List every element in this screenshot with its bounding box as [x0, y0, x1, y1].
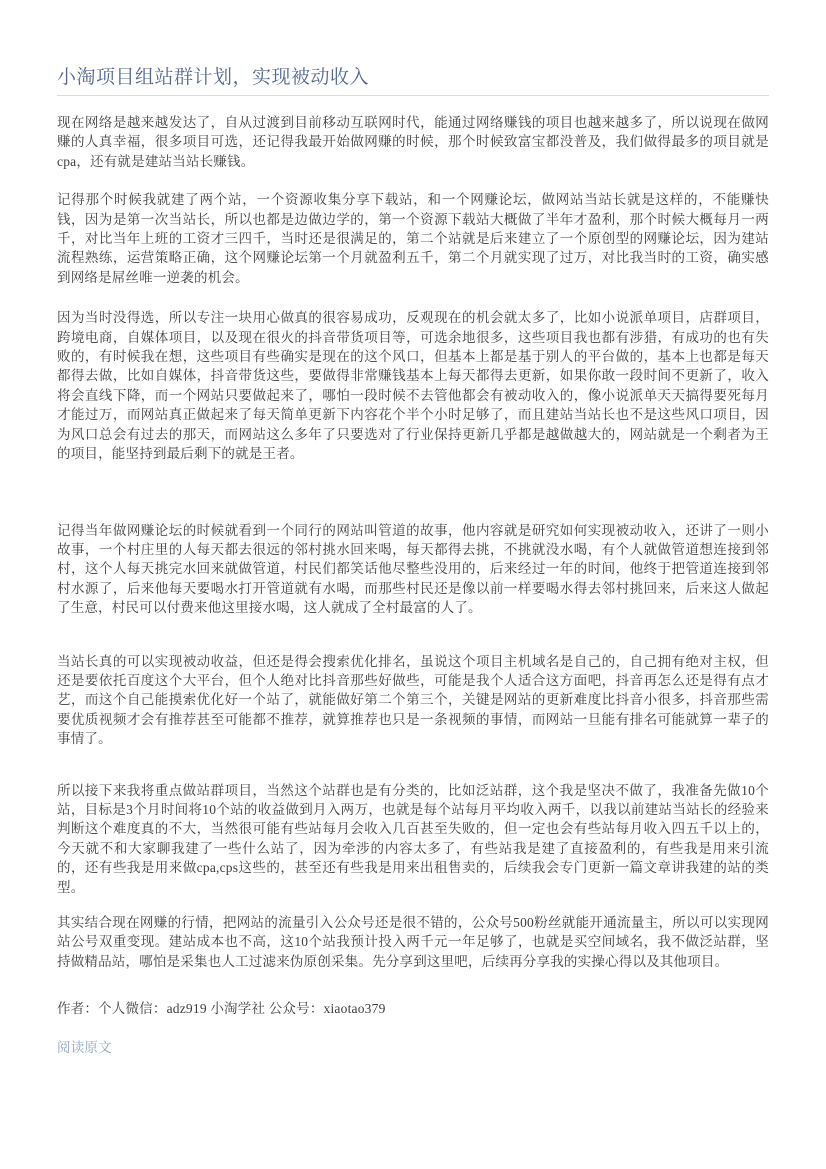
paragraph-project-comparison: 因为当时没得选，所以专注一块用心做真的很容易成功，反观现在的机会就太多了，比如小… — [57, 308, 769, 463]
page-title: 小淘项目组站群计划，实现被动收入 — [57, 66, 769, 90]
author-line: 作者：个人微信：adz919 小淘学社 公众号：xiaotao379 — [57, 999, 769, 1018]
paragraph-intro: 现在网络是越来越发达了，自从过渡到目前移动互联网时代，能通过网络赚钱的项目也越来… — [57, 113, 769, 171]
paragraph-site-group-plan: 所以接下来我将重点做站群项目，当然这个站群也是有分类的，比如泛站群，这个我是坚决… — [57, 781, 769, 897]
paragraph-pipeline-story: 记得当年做网赚论坛的时候就看到一个同行的网站叫管道的故事，他内容就是研究如何实现… — [57, 521, 769, 618]
article-body: 现在网络是越来越发达了，自从过渡到目前移动互联网时代，能通过网络赚钱的项目也越来… — [57, 113, 769, 971]
paragraph-seo-vs-douyin: 当站长真的可以实现被动收益，但还是得会搜索优化排名，虽说这个项目主机域名是自己的… — [57, 652, 769, 749]
paragraph-monetization: 其实结合现在网赚的行情，把网站的流量引入公众号还是很不错的，公众号500粉丝就能… — [57, 913, 769, 971]
title-divider — [57, 95, 769, 96]
paragraph-first-sites: 记得那个时候我就建了两个站，一个资源收集分享下载站，和一个网赚论坛，做网站当站长… — [57, 190, 769, 287]
read-original-link[interactable]: 阅读原文 — [57, 1038, 112, 1057]
article-page: 小淘项目组站群计划，实现被动收入 现在网络是越来越发达了，自从过渡到目前移动互联… — [0, 0, 826, 1169]
